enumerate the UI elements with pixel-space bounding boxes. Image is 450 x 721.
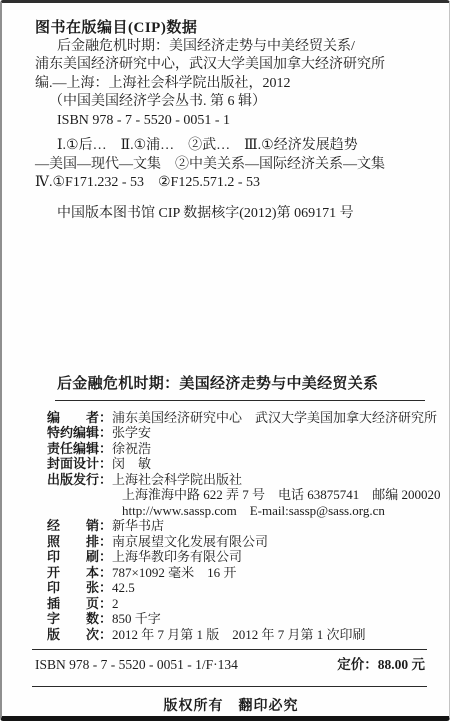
classification-line: Ⅰ.①后… Ⅱ.①浦… ②武… Ⅲ.①经济发展趋势 <box>57 137 423 156</box>
separator-rule-bottom <box>32 686 427 687</box>
row-printer: 印 刷： 上海华教印务有限公司 <box>47 549 427 565</box>
row-value: 上海社会科学院出版社 <box>112 472 242 488</box>
row-distributor: 经 销： 新华书店 <box>47 518 427 534</box>
row-value: 2012 年 7 月第 1 版 2012 年 7 月第 1 次印刷 <box>112 627 366 643</box>
row-value: 浦东美国经济研究中心 武汉大学美国加拿大经济研究所 <box>112 410 437 426</box>
cip-record-number: 中国版本图书馆 CIP 数据核字(2012)第 069171 号 <box>57 205 423 224</box>
row-label: 责任编辑： <box>47 441 112 457</box>
row-editor: 编 者： 浦东美国经济研究中心 武汉大学美国加拿大经济研究所 <box>47 410 427 426</box>
row-value: 闵 敏 <box>112 456 151 472</box>
row-edition: 版 次： 2012 年 7 月第 1 版 2012 年 7 月第 1 次印刷 <box>47 627 427 643</box>
book-copyright-page: 图书在版编目(CIP)数据 后金融危机时期：美国经济走势与中美经贸关系/ 浦东美… <box>0 0 450 721</box>
row-label: 印 张： <box>47 580 112 596</box>
row-label: 印 刷： <box>47 549 112 565</box>
row-label: 出版发行： <box>47 472 112 488</box>
isbn-number: ISBN 978 - 7 - 5520 - 0051 - 1/F·134 <box>35 657 238 673</box>
cip-block: 图书在版编目(CIP)数据 后金融危机时期：美国经济走势与中美经贸关系/ 浦东美… <box>35 19 423 223</box>
row-value: 42.5 <box>112 580 135 596</box>
cip-isbn-line: ISBN 978 - 7 - 5520 - 0051 - 1 <box>57 112 423 131</box>
row-label: 照 排： <box>47 534 112 550</box>
publisher-address: 上海淮海中路 622 弄 7 号 电话 63875741 邮编 200020 h… <box>122 487 427 518</box>
price: 定价：88.00 元 <box>337 657 425 673</box>
book-title: 后金融危机时期：美国经济走势与中美经贸关系 <box>57 377 427 393</box>
row-label: 编 者： <box>47 410 112 426</box>
row-value: 上海华教印务有限公司 <box>112 549 242 565</box>
row-special-editor: 特约编辑： 张学安 <box>47 425 427 441</box>
row-format: 开 本： 787×1092 毫米 16 开 <box>47 565 427 581</box>
row-label: 插 页： <box>47 596 112 612</box>
classification-line: —美国—现代—文集 ②中美关系—国际经济关系—文集 <box>35 156 423 175</box>
title-rule <box>55 400 425 401</box>
row-value: 850 千字 <box>112 611 161 627</box>
row-label: 开 本： <box>47 565 112 581</box>
row-cover-design: 封面设计： 闵 敏 <box>47 456 427 472</box>
row-value: 南京展望文化发展有限公司 <box>112 534 268 550</box>
copyright-notice: 版权所有 翻印必究 <box>35 699 427 715</box>
row-inserts: 插 页： 2 <box>47 596 427 612</box>
row-publisher: 出版发行： 上海社会科学院出版社 <box>47 472 427 488</box>
colophon-block: 后金融危机时期：美国经济走势与中美经贸关系 编 者： 浦东美国经济研究中心 武汉… <box>35 377 427 721</box>
cip-entry: 后金融危机时期：美国经济走势与中美经贸关系/ 浦东美国经济研究中心，武汉大学美国… <box>35 38 423 131</box>
website-email-line: http://www.sassp.com E-mail:sassp@sass.o… <box>122 503 427 519</box>
row-value: 张学安 <box>112 425 151 441</box>
row-value: 2 <box>112 596 119 612</box>
row-value: 新华书店 <box>112 518 164 534</box>
row-label: 经 销： <box>47 518 112 534</box>
cip-entry-line: 浦东美国经济研究中心，武汉大学美国加拿大经济研究所 <box>35 56 423 75</box>
isbn-price-row: ISBN 978 - 7 - 5520 - 0051 - 1/F·134 定价：… <box>35 650 427 679</box>
row-label: 封面设计： <box>47 456 112 472</box>
cip-series-line: （中国美国经济学会丛书. 第 6 辑） <box>49 93 423 112</box>
row-value: 787×1092 毫米 16 开 <box>112 565 236 581</box>
row-word-count: 字 数： 850 千字 <box>47 611 427 627</box>
classification-line: Ⅳ.①F171.232 - 53 ②F125.571.2 - 53 <box>35 174 423 193</box>
row-responsible-editor: 责任编辑： 徐祝浩 <box>47 441 427 457</box>
row-value: 徐祝浩 <box>112 441 151 457</box>
row-printed-sheets: 印 张： 42.5 <box>47 580 427 596</box>
row-typesetting: 照 排： 南京展望文化发展有限公司 <box>47 534 427 550</box>
row-label: 特约编辑： <box>47 425 112 441</box>
cip-entry-line: 编.—上海：上海社会科学院出版社，2012 <box>35 75 423 94</box>
row-label: 字 数： <box>47 611 112 627</box>
address-line: 上海淮海中路 622 弄 7 号 电话 63875741 邮编 200020 <box>122 487 427 503</box>
row-label: 版 次： <box>47 627 112 643</box>
cip-header: 图书在版编目(CIP)数据 <box>35 19 423 38</box>
cip-classification: Ⅰ.①后… Ⅱ.①浦… ②武… Ⅲ.①经济发展趋势 —美国—现代—文集 ②中美关… <box>35 137 423 193</box>
publication-rows: 编 者： 浦东美国经济研究中心 武汉大学美国加拿大经济研究所 特约编辑： 张学安… <box>47 410 427 643</box>
cip-entry-line: 后金融危机时期：美国经济走势与中美经贸关系/ <box>57 38 423 57</box>
